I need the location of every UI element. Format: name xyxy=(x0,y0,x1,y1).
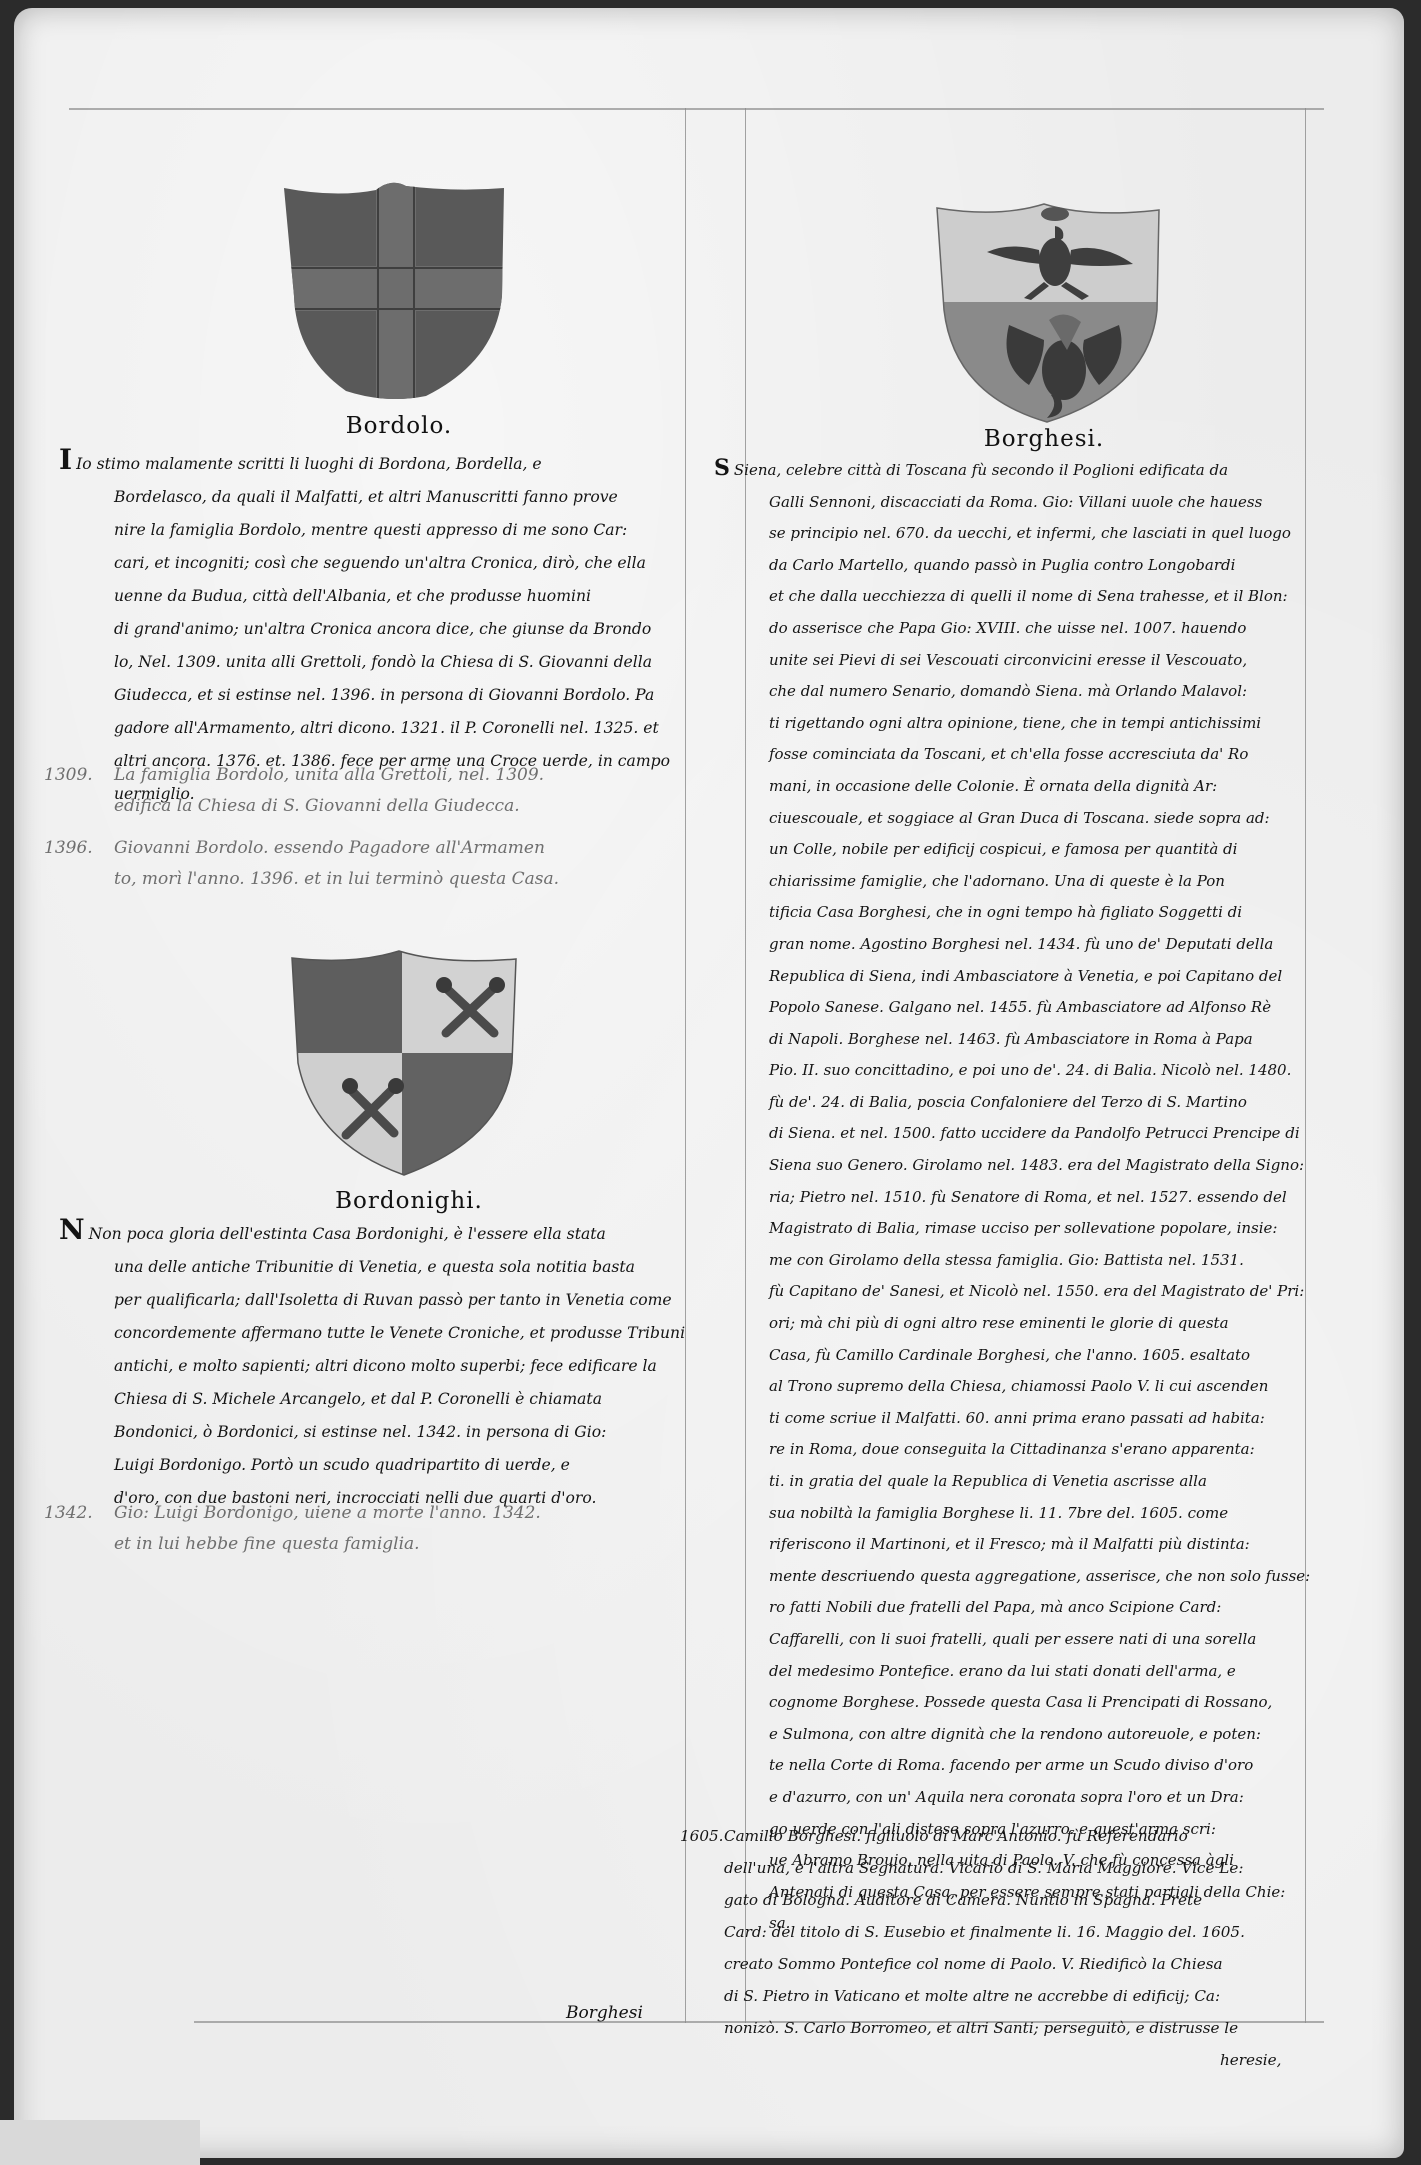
text-line: nire la famiglia Bordolo, mentre questi … xyxy=(59,514,689,547)
text-line: te nella Corte di Roma. facendo per arme… xyxy=(714,1750,1334,1782)
left-column-divider xyxy=(685,108,686,2023)
text-line: del medesimo Pontefice. erano da lui sta… xyxy=(714,1656,1334,1688)
text-line: gran nome. Agostino Borghesi nel. 1434. … xyxy=(714,929,1334,961)
text-line: Bondonici, ò Bordonici, si estinse nel. … xyxy=(59,1416,689,1449)
text-line: fù de'. 24. di Balia, poscia Confalonier… xyxy=(714,1087,1334,1119)
note-year: 1342. xyxy=(44,1498,114,1529)
note-line: Giovanni Bordolo. essendo Pagadore all'A… xyxy=(114,838,545,858)
manuscript-page: Bordolo. IIo stimo malamente scritti li … xyxy=(14,8,1404,2158)
note-line: Gio: Luigi Bordonigo, uiene a morte l'an… xyxy=(114,1503,541,1523)
text-line: concordemente affermano tutte le Venete … xyxy=(59,1317,689,1350)
text-line: Giudecca, et si estinse nel. 1396. in pe… xyxy=(59,679,689,712)
note-line: et in lui hebbe fine questa famiglia. xyxy=(44,1529,541,1560)
text-line: ro fatti Nobili due fratelli del Papa, m… xyxy=(714,1592,1334,1624)
bordonighi-shield xyxy=(284,943,519,1178)
note-year: 1605. xyxy=(680,1820,724,1852)
text-line: gadore all'Armamento, altri dicono. 1321… xyxy=(59,712,689,745)
text-line: di Napoli. Borghese nel. 1463. fù Ambasc… xyxy=(714,1024,1334,1056)
margin-note-1605: 1605.Camillo Borghesi. figliuolo di Marc… xyxy=(680,1820,1281,2076)
family-title-bordonighi: Bordonighi. xyxy=(289,1188,529,1214)
text-line: cari, et incogniti; così che seguendo un… xyxy=(59,547,689,580)
note-year: 1309. xyxy=(44,760,114,791)
text-line: unite sei Pievi di sei Vescouati circonv… xyxy=(714,645,1334,677)
text-line: ti rigettando ogni altra opinione, tiene… xyxy=(714,708,1334,740)
text-line: Pio. II. suo concittadino, e poi uno de'… xyxy=(714,1055,1334,1087)
note-line: edifica la Chiesa di S. Giovanni della G… xyxy=(44,791,544,822)
family-title-bordolo: Bordolo. xyxy=(284,413,514,439)
text-line: una delle antiche Tribunitie di Venetia,… xyxy=(59,1251,689,1284)
text-line: se principio nel. 670. da uecchi, et inf… xyxy=(714,518,1334,550)
crossed-batons-icon xyxy=(284,943,519,1178)
text-line: mani, in occasione delle Colonie. È orna… xyxy=(714,771,1334,803)
text-line: antichi, e molto sapienti; altri dicono … xyxy=(59,1350,689,1383)
text-line: tificia Casa Borghesi, che in ogni tempo… xyxy=(714,897,1334,929)
family-title-borghesi: Borghesi. xyxy=(919,426,1169,452)
cross-icon xyxy=(276,176,516,401)
note-line: gato di Bologna. Auditore di Camera. Nun… xyxy=(680,1884,1281,1916)
note-line: nonizò. S. Carlo Borromeo, et altri Sant… xyxy=(680,2012,1281,2044)
text-line: riferiscono il Martinoni, et il Fresco; … xyxy=(714,1529,1334,1561)
margin-note-1396: 1396.Giovanni Bordolo. essendo Pagadore … xyxy=(44,833,559,895)
note-line: dell'una, e l'altra Segnatura. Vicario d… xyxy=(680,1852,1281,1884)
text-line: di Siena. et nel. 1500. fatto uccidere d… xyxy=(714,1118,1334,1150)
text-line: ori; mà chi più di ogni altro rese emine… xyxy=(714,1308,1334,1340)
margin-note-1342: 1342.Gio: Luigi Bordonigo, uiene a morte… xyxy=(44,1498,541,1560)
note-line: heresie, xyxy=(680,2044,1281,2076)
text-line: re in Roma, doue conseguita la Cittadina… xyxy=(714,1434,1334,1466)
text-line: Chiesa di S. Michele Arcangelo, et dal P… xyxy=(59,1383,689,1416)
text-line: lo, Nel. 1309. unita alli Grettoli, fond… xyxy=(59,646,689,679)
catchword: Borghesi xyxy=(566,2003,643,2023)
text-line: che dal numero Senario, domandò Siena. m… xyxy=(714,676,1334,708)
text-line: da Carlo Martello, quando passò in Pugli… xyxy=(714,550,1334,582)
text-line: ti. in gratia del quale la Republica di … xyxy=(714,1466,1334,1498)
text-line: Caffarelli, con li suoi fratelli, quali … xyxy=(714,1624,1334,1656)
top-rule xyxy=(69,108,1324,110)
text-line: Siena suo Genero. Girolamo nel. 1483. er… xyxy=(714,1150,1334,1182)
text-line: chiarissime famiglie, che l'adornano. Un… xyxy=(714,866,1334,898)
text-line: uenne da Budua, città dell'Albania, et c… xyxy=(59,580,689,613)
text-line: un Colle, nobile per edificij cospicui, … xyxy=(714,834,1334,866)
text-line: Siena, celebre città di Toscana fù secon… xyxy=(734,461,1228,479)
text-line: fù Capitano de' Sanesi, et Nicolò nel. 1… xyxy=(714,1276,1334,1308)
scan-edge-strip xyxy=(0,2120,200,2165)
drop-cap: N xyxy=(59,1213,85,1246)
text-line: me con Girolamo della stessa famiglia. G… xyxy=(714,1245,1334,1277)
text-line: Bordelasco, da quali il Malfatti, et alt… xyxy=(59,481,689,514)
eagle-and-dragon-icon xyxy=(919,190,1169,425)
text-line: et che dalla uecchiezza di quelli il nom… xyxy=(714,581,1334,613)
note-line: Camillo Borghesi. figliuolo di Marc'Anto… xyxy=(724,1827,1188,1845)
text-line: al Trono supremo della Chiesa, chiamossi… xyxy=(714,1371,1334,1403)
bordolo-shield xyxy=(276,176,516,401)
text-line: ria; Pietro nel. 1510. fù Senatore di Ro… xyxy=(714,1182,1334,1214)
text-line: ciuescouale, et soggiace al Gran Duca di… xyxy=(714,803,1334,835)
family-entry-bordolo: IIo stimo malamente scritti li luoghi di… xyxy=(59,443,689,811)
note-line: creato Sommo Pontefice col nome di Paolo… xyxy=(680,1948,1281,1980)
text-line: fosse cominciata da Toscani, et ch'ella … xyxy=(714,739,1334,771)
drop-cap: S xyxy=(714,455,730,481)
text-line: di grand'animo; un'altra Cronica ancora … xyxy=(59,613,689,646)
text-line: per qualificarla; dall'Isoletta di Ruvan… xyxy=(59,1284,689,1317)
text-line: e Sulmona, con altre dignità che la rend… xyxy=(714,1719,1334,1751)
family-entry-bordonighi: NNon poca gloria dell'estinta Casa Bordo… xyxy=(59,1213,689,1515)
note-year: 1396. xyxy=(44,833,114,864)
text-line: do asserisce che Papa Gio: XVIII. che ui… xyxy=(714,613,1334,645)
text-line: Casa, fù Camillo Cardinale Borghesi, che… xyxy=(714,1340,1334,1372)
margin-note-1309: 1309.La famiglia Bordolo, unita alla Gre… xyxy=(44,760,544,822)
text-line: cognome Borghese. Possede questa Casa li… xyxy=(714,1687,1334,1719)
text-line: Non poca gloria dell'estinta Casa Bordon… xyxy=(89,1225,606,1243)
note-line: to, morì l'anno. 1396. et in lui terminò… xyxy=(44,864,559,895)
text-line: Magistrato di Balia, rimase ucciso per s… xyxy=(714,1213,1334,1245)
text-line: Republica di Siena, indi Ambasciatore à … xyxy=(714,961,1334,993)
text-line: e d'azurro, con un' Aquila nera coronata… xyxy=(714,1782,1334,1814)
drop-cap: I xyxy=(59,443,72,476)
text-line: mente descriuendo questa aggregatione, a… xyxy=(714,1561,1334,1593)
text-line: ti come scriue il Malfatti. 60. anni pri… xyxy=(714,1403,1334,1435)
text-line: sua nobiltà la famiglia Borghese li. 11.… xyxy=(714,1498,1334,1530)
family-entry-borghesi: SSiena, celebre città di Toscana fù seco… xyxy=(714,453,1334,1940)
borghesi-shield xyxy=(919,190,1169,425)
note-line: di S. Pietro in Vaticano et molte altre … xyxy=(680,1980,1281,2012)
text-line: Io stimo malamente scritti li luoghi di … xyxy=(76,455,542,473)
note-line: Card: del titolo di S. Eusebio et finalm… xyxy=(680,1916,1281,1948)
text-line: Galli Sennoni, discacciati da Roma. Gio:… xyxy=(714,487,1334,519)
text-line: Luigi Bordonigo. Portò un scudo quadripa… xyxy=(59,1449,689,1482)
text-line: Popolo Sanese. Galgano nel. 1455. fù Amb… xyxy=(714,992,1334,1024)
note-line: La famiglia Bordolo, unita alla Grettoli… xyxy=(114,765,544,785)
